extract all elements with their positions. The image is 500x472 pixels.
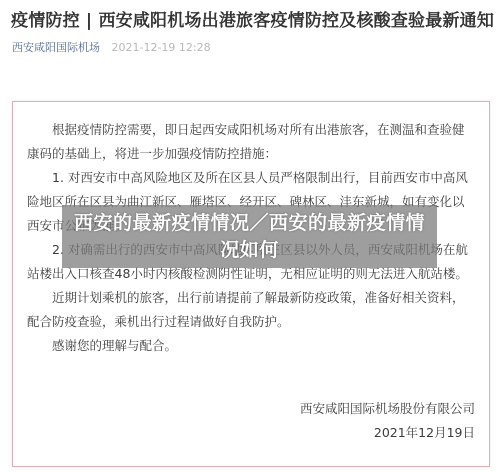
notice-paragraph-thanks: 感谢您的理解与配合。 [27,334,475,358]
article-page: 疫情防控 | 西安咸阳机场出港旅客疫情防控及核酸查验最新通知 西安咸阳国际机场 … [0,0,500,472]
publish-time: 2021-12-19 12:28 [112,41,211,54]
notice-image: 根据疫情防控需要，即日起西安咸阳机场对所有出港旅客，在测温和查验健康码的基础上，… [12,101,490,467]
source-link[interactable]: 西安咸阳国际机场 [12,41,100,54]
notice-signature: 西安咸阳国际机场股份有限公司 2021年12月19日 [300,397,475,445]
article-meta: 西安咸阳国际机场 2021-12-19 12:28 [12,40,211,56]
signature-organization: 西安咸阳国际机场股份有限公司 [300,397,475,421]
headline-overlay: 西安的最新疫情情况／西安的最新疫情情况如何 [62,205,437,268]
overlay-headline: 西安的最新疫情情况／西安的最新疫情情况如何 [72,210,427,264]
notice-paragraph-intro: 根据疫情防控需要，即日起西安咸阳机场对所有出港旅客，在测温和查验健康码的基础上，… [27,118,475,166]
signature-date: 2021年12月19日 [300,421,475,445]
article-title: 疫情防控 | 西安咸阳机场出港旅客疫情防控及核酸查验最新通知 [11,9,496,33]
notice-paragraph-advice: 近期计划乘机的旅客，出行前请提前了解最新防疫政策，准备好相关资料，配合防疫查验，… [27,286,475,334]
